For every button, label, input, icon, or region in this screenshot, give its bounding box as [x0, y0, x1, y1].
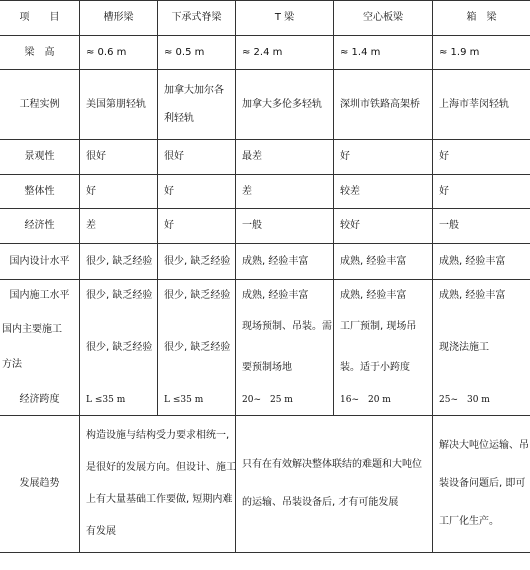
cell-value: 上海市莘闵轻轨 [439, 98, 509, 112]
cell-value: 最差 [242, 150, 262, 164]
cell-value: 好 [439, 185, 449, 199]
header-hollow-slab-beam: 空心板梁 [363, 11, 403, 25]
table-cell: 差 [236, 175, 333, 208]
cell-value: 一般 [242, 219, 262, 233]
cell-value: 是很好的发展方向。但设计、施工 [86, 461, 236, 475]
cell-value: 20~ 25 m [242, 393, 293, 407]
cell-value: 很好 [164, 150, 184, 164]
header-item: 项 目 [0, 0, 79, 35]
table-cell: 工厂预制, 现场吊 装。适于小跨度 [334, 320, 432, 375]
cell-value: 很少, 缺乏经验 [86, 255, 152, 269]
trend-cell-box: 解决大吨位运输、吊 装设备问题后, 即可 工厂化生产。 [433, 416, 530, 552]
row-label: 国内设计水平 [0, 244, 79, 279]
cell-value: 工厂化生产。 [439, 515, 499, 529]
table-cell: 成熟, 经验丰富 [433, 244, 530, 279]
table-cell: ≈ 2.4 m [236, 36, 333, 69]
cell-value: ≈ 0.6 m [86, 46, 126, 60]
table-cell: 很少, 缺乏经验 [80, 286, 157, 306]
table-cell: 上海市莘闵轻轨 [433, 70, 530, 139]
header-t-beam: T 梁 [275, 11, 294, 25]
cell-value: 成熟, 经验丰富 [439, 255, 505, 269]
table-cell: 好 [433, 140, 530, 174]
table-cell: 很少, 缺乏经验 [158, 244, 235, 279]
row-label: 经济性 [0, 209, 79, 243]
header-column: 下承式脊梁 [158, 0, 235, 35]
cell-value: 很好 [86, 150, 106, 164]
row-label: 工程实例 [0, 70, 79, 139]
cell-value: 很少, 缺乏经验 [86, 289, 152, 303]
cell-value: 装。适于小跨度 [340, 361, 410, 375]
cell-value: 好 [86, 185, 96, 199]
header-trough-beam: 槽形梁 [104, 11, 134, 25]
table-cell: ≈ 1.4 m [334, 36, 432, 69]
cell-value: 构造设施与结构受力要求相统一, [86, 429, 229, 443]
table-cell: 好 [334, 140, 432, 174]
table-cell: 很少, 缺乏经验 [80, 320, 157, 375]
row-label: 方法 [0, 355, 79, 375]
table-cell: ≈ 0.6 m [80, 36, 157, 69]
row-label-construction-method: 国内主要施工 [2, 323, 62, 337]
header-column: 箱 梁 [433, 0, 530, 35]
cell-value: ≈ 1.4 m [340, 46, 380, 60]
row-label-development-trend: 发展趋势 [20, 477, 60, 491]
cell-value: 差 [242, 185, 252, 199]
table-cell: 加拿大加尔各 利轻轨 [158, 70, 235, 139]
row-label: 发展趋势 [0, 416, 79, 552]
header-column: 槽形梁 [80, 0, 157, 35]
cell-value: 较好 [340, 219, 360, 233]
cell-value: 加拿大加尔各 [164, 84, 224, 98]
row-label-economy: 经济性 [25, 219, 55, 233]
table-cell: 加拿大多伦多轻轨 [236, 70, 333, 139]
cell-value: 只有在有效解决整体联结的难题和大吨位 [242, 458, 422, 472]
cell-value: 利轻轨 [164, 112, 194, 126]
cell-value: 好 [164, 185, 174, 199]
table-cell: L ≤35 m [158, 390, 235, 410]
cell-value: 成熟, 经验丰富 [242, 289, 308, 303]
cell-value: 很少, 缺乏经验 [164, 289, 230, 303]
row-label-construction-level: 国内施工水平 [10, 289, 70, 303]
cell-value: 好 [439, 150, 449, 164]
row-label-design-level: 国内设计水平 [10, 255, 70, 269]
row-label: 国内施工水平 [0, 286, 79, 306]
cell-value: 解决大吨位运输、吊 [439, 439, 529, 453]
cell-value: 有发展 [86, 525, 116, 539]
table-cell: 好 [158, 175, 235, 208]
table-cell: 最差 [236, 140, 333, 174]
cell-value: 的运输、吊装设备后, 才有可能发展 [242, 496, 398, 510]
cell-value: 成熟, 经验丰富 [340, 255, 406, 269]
cell-value: 成熟, 经验丰富 [439, 289, 505, 303]
header-column: 空心板梁 [334, 0, 432, 35]
table-cell: 差 [80, 209, 157, 243]
cell-value: ≈ 1.9 m [439, 46, 479, 60]
cell-value: 较差 [340, 185, 360, 199]
cell-value: 16~ 20 m [340, 393, 391, 407]
table-cell: 20~ 25 m [236, 390, 333, 410]
table-cell: 好 [80, 175, 157, 208]
table-cell: 成熟, 经验丰富 [433, 286, 530, 306]
table-cell: 成熟, 经验丰富 [334, 244, 432, 279]
cell-value: 很少, 缺乏经验 [164, 341, 230, 355]
cell-value: 加拿大多伦多轻轨 [242, 98, 322, 112]
table-cell: 成熟, 经验丰富 [236, 244, 333, 279]
row-label-beam-height: 梁 高 [25, 46, 55, 60]
cell-value: 好 [340, 150, 350, 164]
table-cell: 很少, 缺乏经验 [80, 244, 157, 279]
table-cell: 美国第朋轻轨 [80, 70, 157, 139]
row-label: 整体性 [0, 175, 79, 208]
header-box-beam: 箱 梁 [467, 11, 497, 25]
cell-value: 装设备问题后, 即可 [439, 477, 525, 491]
header-item-label: 项 目 [20, 11, 60, 25]
cell-value: 深圳市铁路高架桥 [340, 98, 420, 112]
row-label-construction-method-cont: 方法 [2, 358, 22, 372]
cell-value: 要预制场地 [242, 361, 292, 375]
cell-value: L ≤35 m [164, 393, 203, 407]
table-cell: 25~ 30 m [433, 390, 530, 410]
header-column: T 梁 [236, 0, 333, 35]
row-label: 国内主要施工 [0, 320, 79, 340]
cell-value: 很少, 缺乏经验 [86, 341, 152, 355]
cell-value: 现浇法施工 [439, 341, 489, 355]
header-through-spine-beam: 下承式脊梁 [172, 11, 222, 25]
table-cell: 好 [433, 175, 530, 208]
table-cell: 较好 [334, 209, 432, 243]
trend-cell-trough-and-spine: 构造设施与结构受力要求相统一, 是很好的发展方向。但设计、施工 上有大量基础工作… [80, 416, 235, 552]
table-cell: 成熟, 经验丰富 [236, 286, 333, 306]
table-cell: 一般 [236, 209, 333, 243]
cell-value: 工厂预制, 现场吊 [340, 320, 416, 334]
table-cell: ≈ 0.5 m [158, 36, 235, 69]
cell-value: ≈ 0.5 m [164, 46, 204, 60]
table-cell: 很少, 缺乏经验 [158, 320, 235, 375]
cell-value: 好 [164, 219, 174, 233]
table-cell: 现浇法施工 [433, 320, 530, 375]
table-cell: 很好 [80, 140, 157, 174]
row-label-project-examples: 工程实例 [20, 98, 60, 112]
cell-value: 很少, 缺乏经验 [164, 255, 230, 269]
table-cell: 好 [158, 209, 235, 243]
table-cell: 一般 [433, 209, 530, 243]
row-label: 梁 高 [0, 36, 79, 69]
cell-value: 一般 [439, 219, 459, 233]
cell-value: 美国第朋轻轨 [86, 98, 146, 112]
row-label: 经济跨度 [0, 390, 79, 410]
row-label-economic-span: 经济跨度 [20, 393, 60, 407]
row-label-integrity: 整体性 [25, 185, 55, 199]
cell-value: 成熟, 经验丰富 [242, 255, 308, 269]
cell-value: ≈ 2.4 m [242, 46, 282, 60]
table-cell: 较差 [334, 175, 432, 208]
cell-value: 成熟, 经验丰富 [340, 289, 406, 303]
table-cell: 深圳市铁路高架桥 [334, 70, 432, 139]
cell-value: 25~ 30 m [439, 393, 490, 407]
cell-value: 上有大量基础工作要做, 短期内难 [86, 493, 232, 507]
table-cell: 很好 [158, 140, 235, 174]
cell-value: 差 [86, 219, 96, 233]
table-cell: 成熟, 经验丰富 [334, 286, 432, 306]
row-label: 景观性 [0, 140, 79, 174]
cell-value: 现场预制、吊装。需 [242, 320, 332, 334]
row-label-landscape: 景观性 [25, 150, 55, 164]
table-cell: 16~ 20 m [334, 390, 432, 410]
table-cell: ≈ 1.9 m [433, 36, 530, 69]
table-cell: L ≤35 m [80, 390, 157, 410]
table-cell: 很少, 缺乏经验 [158, 286, 235, 306]
trend-cell-t-and-hollow-slab: 只有在有效解决整体联结的难题和大吨位 的运输、吊装设备后, 才有可能发展 [236, 416, 432, 552]
table-cell: 现场预制、吊装。需 要预制场地 [236, 320, 333, 375]
cell-value: L ≤35 m [86, 393, 125, 407]
